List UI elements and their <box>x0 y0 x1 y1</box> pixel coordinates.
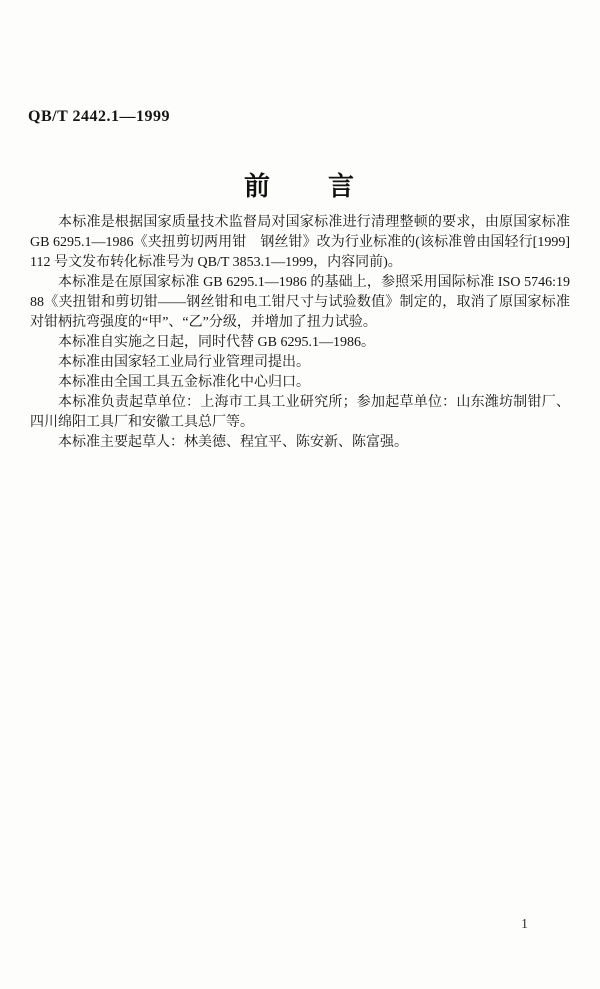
standard-code: QB/T 2442.1—1999 <box>28 108 170 126</box>
foreword-paragraph: 本标准负责起草单位：上海市工具工业研究所；参加起草单位：山东潍坊制钳厂、四川绵阳… <box>30 393 570 433</box>
document-page: QB/T 2442.1—1999 前 言 本标准是根据国家质量技术监督局对国家标… <box>0 0 600 989</box>
foreword-paragraph: 本标准由国家轻工业局行业管理司提出。 <box>30 353 570 373</box>
foreword-paragraph: 本标准主要起草人：林美德、程宜平、陈安新、陈富强。 <box>30 433 570 453</box>
foreword-paragraph: 本标准由全国工具五金标准化中心归口。 <box>30 373 570 393</box>
page-title: 前 言 <box>0 166 600 203</box>
foreword-paragraph: 本标准是在原国家标准 GB 6295.1—1986 的基础上，参照采用国际标准 … <box>30 273 570 333</box>
foreword-body: 本标准是根据国家质量技术监督局对国家标准进行清理整顿的要求，由原国家标准 GB … <box>30 213 570 453</box>
foreword-paragraph: 本标准自实施之日起，同时代替 GB 6295.1—1986。 <box>30 333 570 353</box>
foreword-paragraph: 本标准是根据国家质量技术监督局对国家标准进行清理整顿的要求，由原国家标准 GB … <box>30 213 570 273</box>
page-number: 1 <box>521 917 528 933</box>
